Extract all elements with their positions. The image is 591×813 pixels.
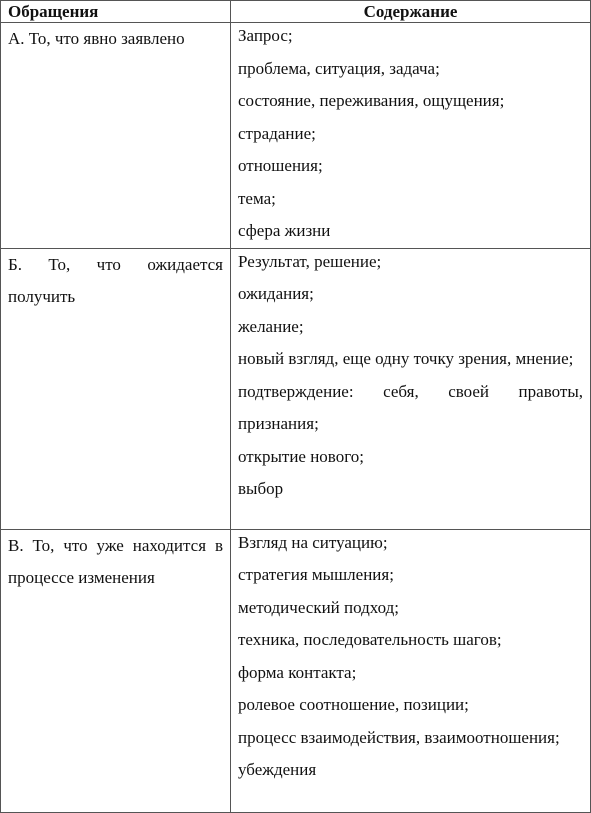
content-item: тема; [238,183,583,216]
row-contents: Результат, решение;ожидания;желание;новы… [231,248,591,529]
table-row: В. То, что уже находится в процессе изме… [1,529,591,804]
appeals-table: Обращения Содержание А. То, что явно зая… [0,0,591,804]
row-category: Б. То, что ожидается получить [1,248,231,529]
content-item: выбор [238,473,583,506]
content-item: состояние, переживания, ощущения; [238,85,583,118]
content-item: ожидания; [238,278,583,311]
content-item: Результат, решение; [238,246,583,279]
content-item: стратегия мышления; [238,559,583,592]
row-category: В. То, что уже находится в процессе изме… [1,529,231,804]
header-appeals: Обращения [1,1,231,23]
content-item: убеждения [238,754,583,787]
content-item: техника, последовательность шагов; [238,624,583,657]
content-item: открытие нового; [238,441,583,474]
table-row: А. То, что явно заявлено Запрос;проблема… [1,23,591,249]
content-item: проблема, ситуация, задача; [238,53,583,86]
content-item: страдание; [238,118,583,151]
content-item: сфера жизни [238,215,583,248]
table-row: Б. То, что ожидается получить Результат,… [1,248,591,529]
row-contents: Запрос;проблема, ситуация, задача;состоя… [231,23,591,249]
content-item: отношения; [238,150,583,183]
content-item: подтверждение: себя, своей правоты, приз… [238,376,583,441]
content-item: желание; [238,311,583,344]
content-item: Взгляд на ситуацию; [238,527,583,560]
content-item: Запрос; [238,20,583,53]
content-item: ролевое соотношение, позиции; [238,689,583,722]
content-item: процесс взаимодействия, взаимоотношения; [238,722,583,755]
row-category: А. То, что явно заявлено [1,23,231,249]
row-contents: Взгляд на ситуацию;стратегия мышления;ме… [231,529,591,804]
content-item: новый взгляд, еще одну точку зрения, мне… [238,343,583,376]
content-item: форма контакта; [238,657,583,690]
content-item: методический подход; [238,592,583,625]
